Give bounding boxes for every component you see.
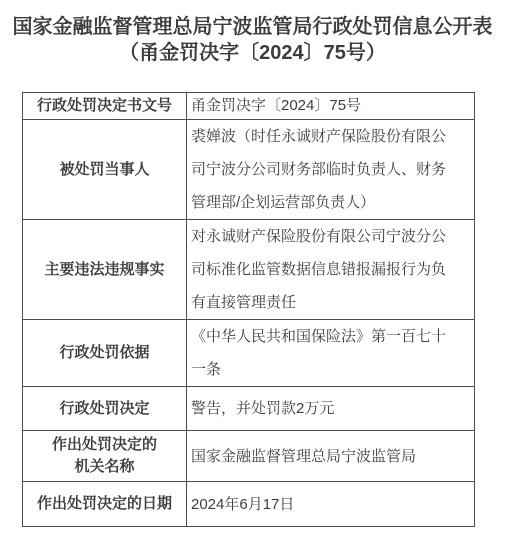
row-label: 作出处罚决定的 机关名称	[23, 431, 187, 482]
row-value: 2024年6月17日	[187, 482, 475, 527]
row-value: 国家金融监督管理总局宁波监管局	[187, 431, 475, 482]
table-row-penalty-decision: 行政处罚决定 警告，并处罚款2万元	[23, 387, 475, 431]
row-label: 行政处罚依据	[23, 320, 187, 387]
row-value: 对永诚财产保险股份有限公司宁波分公司标准化监管数据信息错报漏报行为负有直接管理责…	[187, 220, 475, 320]
row-label: 主要违法违规事实	[23, 220, 187, 320]
table-row-violation-facts: 主要违法违规事实 对永诚财产保险股份有限公司宁波分公司标准化监管数据信息错报漏报…	[23, 220, 475, 320]
page-title-line2: （甬金罚决字〔2024〕75号）	[0, 40, 505, 66]
row-value: 裘婵波（时任永诚财产保险股份有限公司宁波分公司财务部临时负责人、财务管理部/企划…	[187, 120, 475, 220]
row-value: 《中华人民共和国保险法》第一百七十一条	[187, 320, 475, 387]
table-row-decision-date: 作出处罚决定的日期 2024年6月17日	[23, 482, 475, 527]
table-row-punished-party: 被处罚当事人 裘婵波（时任永诚财产保险股份有限公司宁波分公司财务部临时负责人、财…	[23, 120, 475, 220]
row-label: 被处罚当事人	[23, 120, 187, 220]
row-label: 行政处罚决定书文号	[23, 93, 187, 120]
page-title-line1: 国家金融监督管理总局宁波监管局行政处罚信息公开表	[0, 14, 505, 40]
row-label: 作出处罚决定的日期	[23, 482, 187, 527]
table-row-deciding-authority: 作出处罚决定的 机关名称 国家金融监督管理总局宁波监管局	[23, 431, 475, 482]
row-value: 甬金罚决字〔2024〕75号	[187, 93, 475, 120]
page-title: 国家金融监督管理总局宁波监管局行政处罚信息公开表 （甬金罚决字〔2024〕75号…	[0, 14, 505, 66]
penalty-info-table: 行政处罚决定书文号 甬金罚决字〔2024〕75号 被处罚当事人 裘婵波（时任永诚…	[22, 92, 475, 527]
row-label: 行政处罚决定	[23, 387, 187, 431]
table-row-decision-number: 行政处罚决定书文号 甬金罚决字〔2024〕75号	[23, 93, 475, 120]
table-row-penalty-basis: 行政处罚依据 《中华人民共和国保险法》第一百七十一条	[23, 320, 475, 387]
row-value: 警告，并处罚款2万元	[187, 387, 475, 431]
